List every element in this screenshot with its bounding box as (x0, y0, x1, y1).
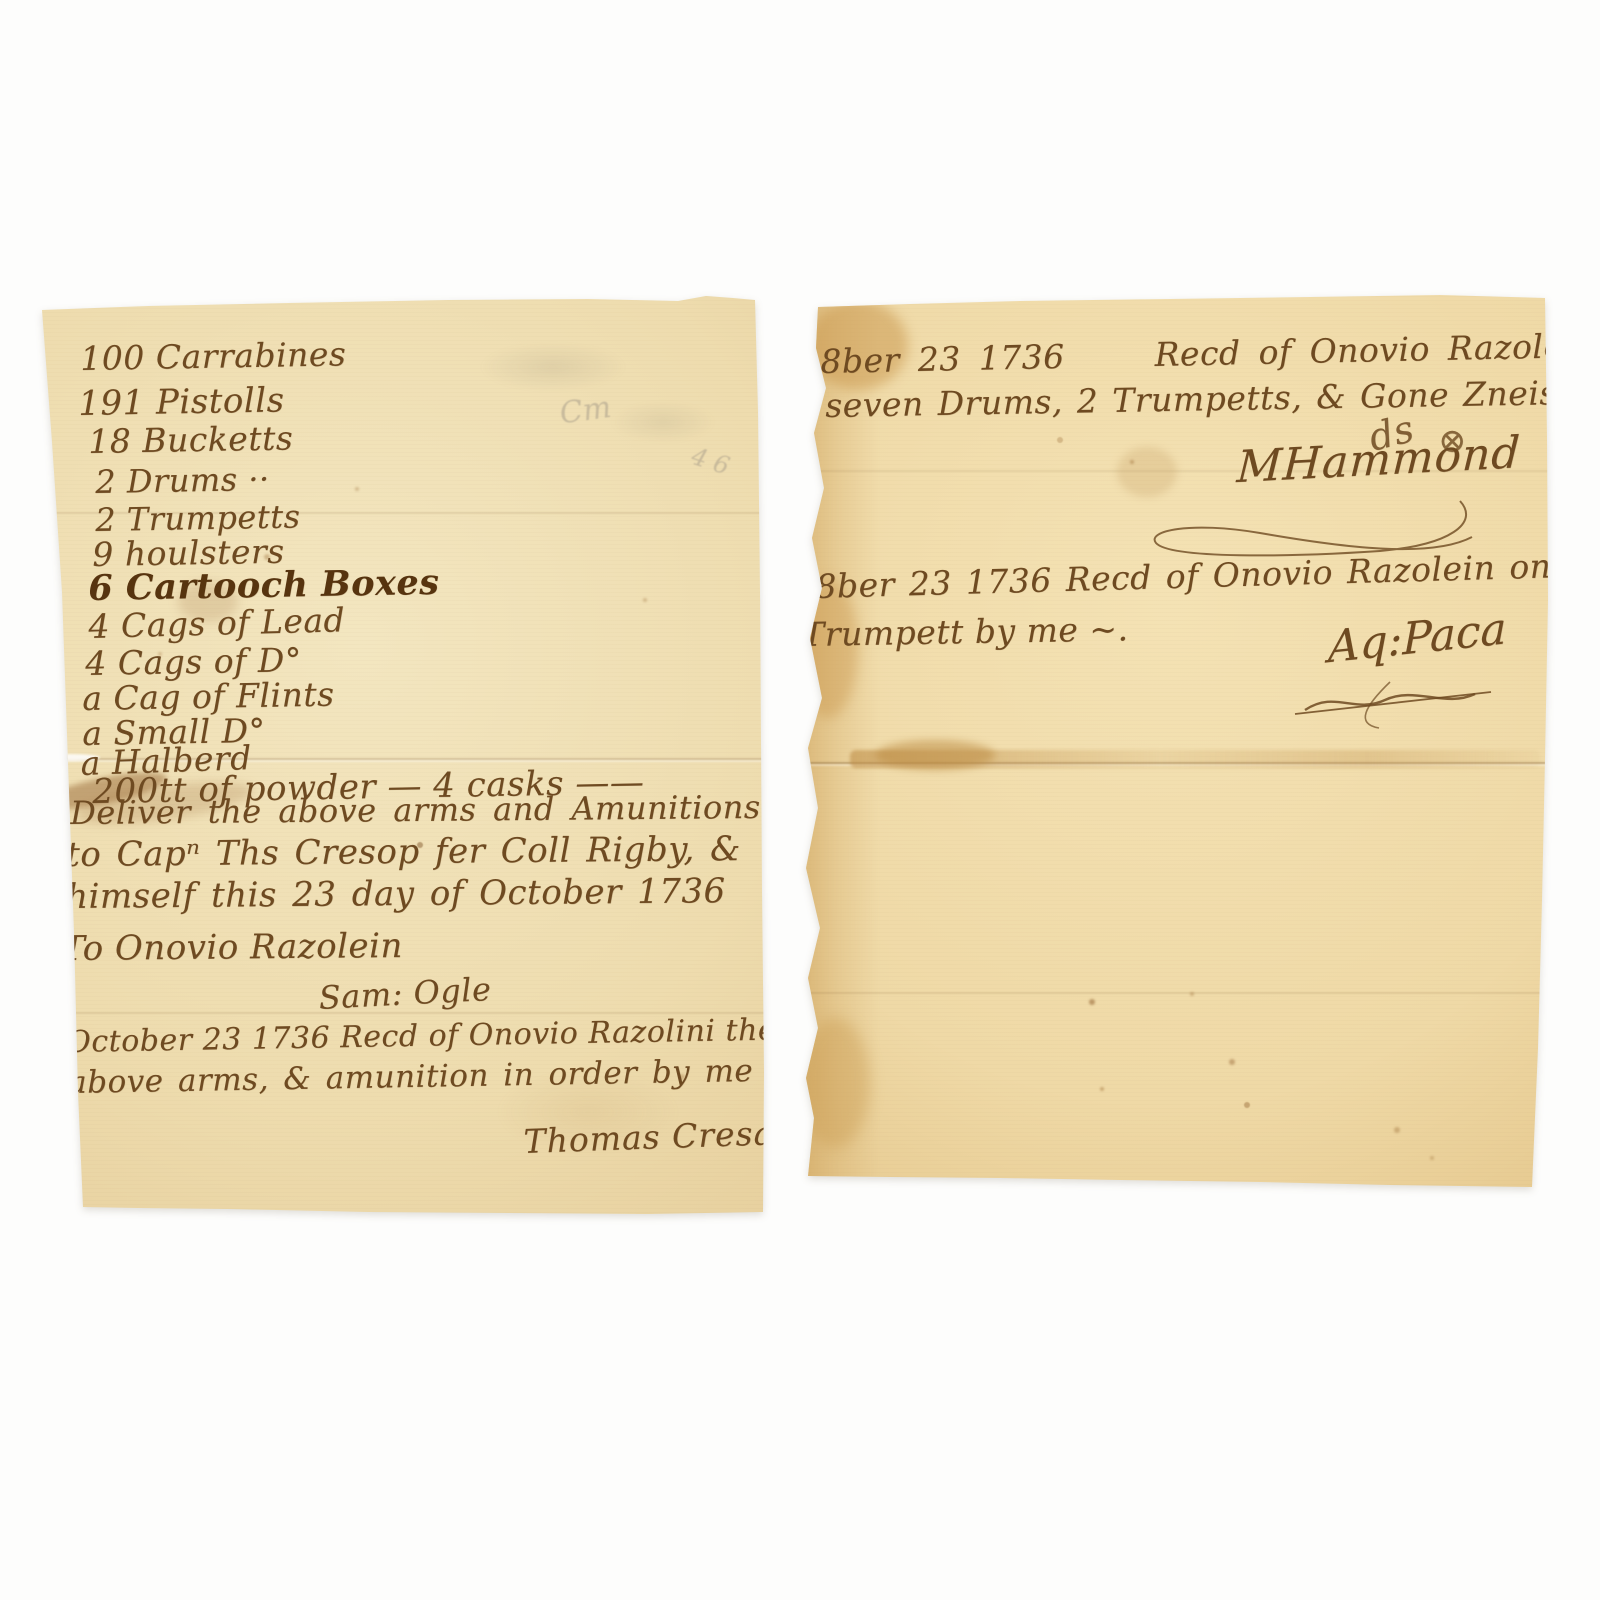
foxing-specks (790, 288, 794, 292)
manuscript-line: 100 Carrabines (80, 337, 347, 375)
signature-thomas-cresap: Thomas Cresap (523, 1115, 797, 1158)
fold-highlight (790, 764, 1550, 766)
edge-stain (800, 1018, 870, 1148)
manuscript-line: 18 Bucketts (88, 421, 293, 458)
manuscript-line: 8ber 23 1736 Recd of Onovio Razolein. (820, 329, 1600, 378)
manuscript-line: a Cag of Flints (82, 678, 335, 715)
signature-paca: Aq:Paca (1328, 607, 1507, 670)
manuscript-line: To Onovio Razolein (62, 929, 403, 966)
manuscript-line: 4 Cags of Lead (88, 603, 346, 643)
manuscript-line: to Capⁿ Ths Cresop fer Coll Rigby, & (66, 832, 741, 872)
document-right-paper: 8ber 23 1736 Recd of Onovio Razolein. se… (790, 288, 1550, 1193)
manuscript-line: 6 Cartooch Boxes (88, 565, 440, 606)
manuscript-line: 8ber 23 1736 Recd of Onovio Razolein one (815, 549, 1572, 603)
manuscript-line: October 23 1736 Recd of Onovio Razolini … (66, 1016, 776, 1058)
fold-line (790, 992, 1550, 994)
signature-sam-ogle: Sam: Ogle (318, 973, 492, 1014)
show-through (448, 332, 658, 402)
signature-paraph (1295, 680, 1495, 730)
manuscript-line: 2 Trumpetts (95, 500, 301, 536)
photo-background: Cm 4 6 100 Carrabines 191 Pistolls 18 Bu… (0, 0, 1600, 1600)
manuscript-line: Trumpett by me ~. (802, 612, 1129, 651)
fold-line (790, 762, 1550, 764)
document-left: Cm 4 6 100 Carrabines 191 Pistolls 18 Bu… (28, 292, 768, 1217)
pencil-mark: 4 6 (689, 444, 733, 479)
foxing-specks (28, 292, 32, 296)
manuscript-line: himself this 23 day of October 1736 (66, 874, 726, 914)
manuscript-line: seven Drums, 2 Trumpetts, & Gone Zneise (825, 376, 1577, 422)
paper-stain (1117, 447, 1177, 497)
fold-stain (875, 740, 995, 770)
signature-hammond: MHammond (1236, 431, 1522, 490)
manuscript-line: Deliver the above arms and Amunitions (70, 791, 761, 829)
fold-stain (850, 750, 1540, 768)
manuscript-line: 191 Pistolls (78, 383, 285, 421)
edge-stain (804, 298, 878, 1181)
document-left-paper: Cm 4 6 100 Carrabines 191 Pistolls 18 Bu… (28, 292, 768, 1217)
manuscript-line: 2 Drums ·· (95, 463, 270, 498)
paper-texture (790, 288, 1550, 1193)
document-right: 8ber 23 1736 Recd of Onovio Razolein. se… (790, 288, 1550, 1193)
manuscript-line: 4 Cags of D° (85, 643, 302, 680)
manuscript-line: above arms, & amunition in order by me ~ (68, 1055, 794, 1099)
pencil-mark: Cm (558, 393, 613, 430)
